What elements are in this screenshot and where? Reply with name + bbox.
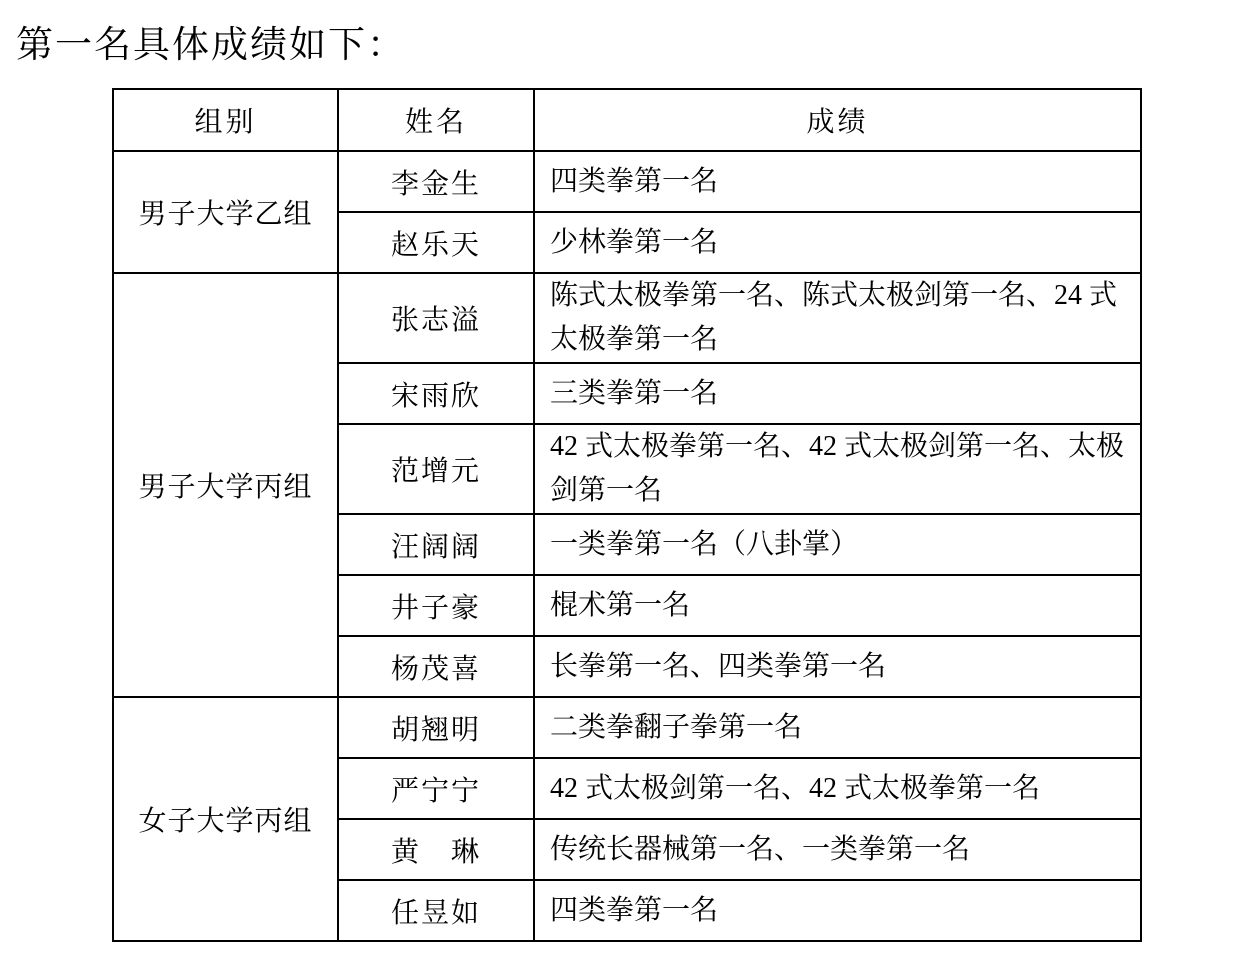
name-cell: 杨茂喜	[338, 636, 534, 697]
name-cell: 张志溢	[338, 273, 534, 363]
name-cell: 严宁宁	[338, 758, 534, 819]
result-cell: 传统长器械第一名、一类拳第一名	[534, 819, 1141, 880]
result-cell: 四类拳第一名	[534, 880, 1141, 941]
name-cell: 黄 琳	[338, 819, 534, 880]
result-cell: 42 式太极剑第一名、42 式太极拳第一名	[534, 758, 1141, 819]
name-cell: 汪阔阔	[338, 514, 534, 575]
column-header-name: 姓名	[338, 89, 534, 151]
results-table: 组别 姓名 成绩 男子大学乙组 李金生 四类拳第一名 赵乐天 少林拳第一名 男子…	[112, 88, 1142, 942]
result-cell: 少林拳第一名	[534, 212, 1141, 273]
name-cell: 井子豪	[338, 575, 534, 636]
name-cell: 宋雨欣	[338, 363, 534, 424]
result-cell: 一类拳第一名（八卦掌）	[534, 514, 1141, 575]
table-row: 男子大学丙组 张志溢 陈式太极拳第一名、陈式太极剑第一名、24 式太极拳第一名	[113, 273, 1141, 363]
document-page: 第一名具体成绩如下： 组别 姓名 成绩 男子大学乙组 李金生 四类拳第一名 赵乐…	[0, 0, 1246, 954]
name-cell: 胡翘明	[338, 697, 534, 758]
result-cell: 三类拳第一名	[534, 363, 1141, 424]
result-cell: 二类拳翻子拳第一名	[534, 697, 1141, 758]
column-header-group: 组别	[113, 89, 338, 151]
name-cell: 赵乐天	[338, 212, 534, 273]
name-cell: 任昱如	[338, 880, 534, 941]
result-cell: 四类拳第一名	[534, 151, 1141, 212]
result-cell: 棍术第一名	[534, 575, 1141, 636]
result-cell: 长拳第一名、四类拳第一名	[534, 636, 1141, 697]
table-header-row: 组别 姓名 成绩	[113, 89, 1141, 151]
table-row: 男子大学乙组 李金生 四类拳第一名	[113, 151, 1141, 212]
group-cell-men-c: 男子大学丙组	[113, 273, 338, 697]
result-cell: 42 式太极拳第一名、42 式太极剑第一名、太极剑第一名	[534, 424, 1141, 514]
name-cell: 范增元	[338, 424, 534, 514]
result-cell: 陈式太极拳第一名、陈式太极剑第一名、24 式太极拳第一名	[534, 273, 1141, 363]
group-cell-men-b: 男子大学乙组	[113, 151, 338, 273]
table-row: 女子大学丙组 胡翘明 二类拳翻子拳第一名	[113, 697, 1141, 758]
page-title: 第一名具体成绩如下：	[16, 14, 406, 68]
column-header-result: 成绩	[534, 89, 1141, 151]
name-cell: 李金生	[338, 151, 534, 212]
group-cell-women-c: 女子大学丙组	[113, 697, 338, 941]
